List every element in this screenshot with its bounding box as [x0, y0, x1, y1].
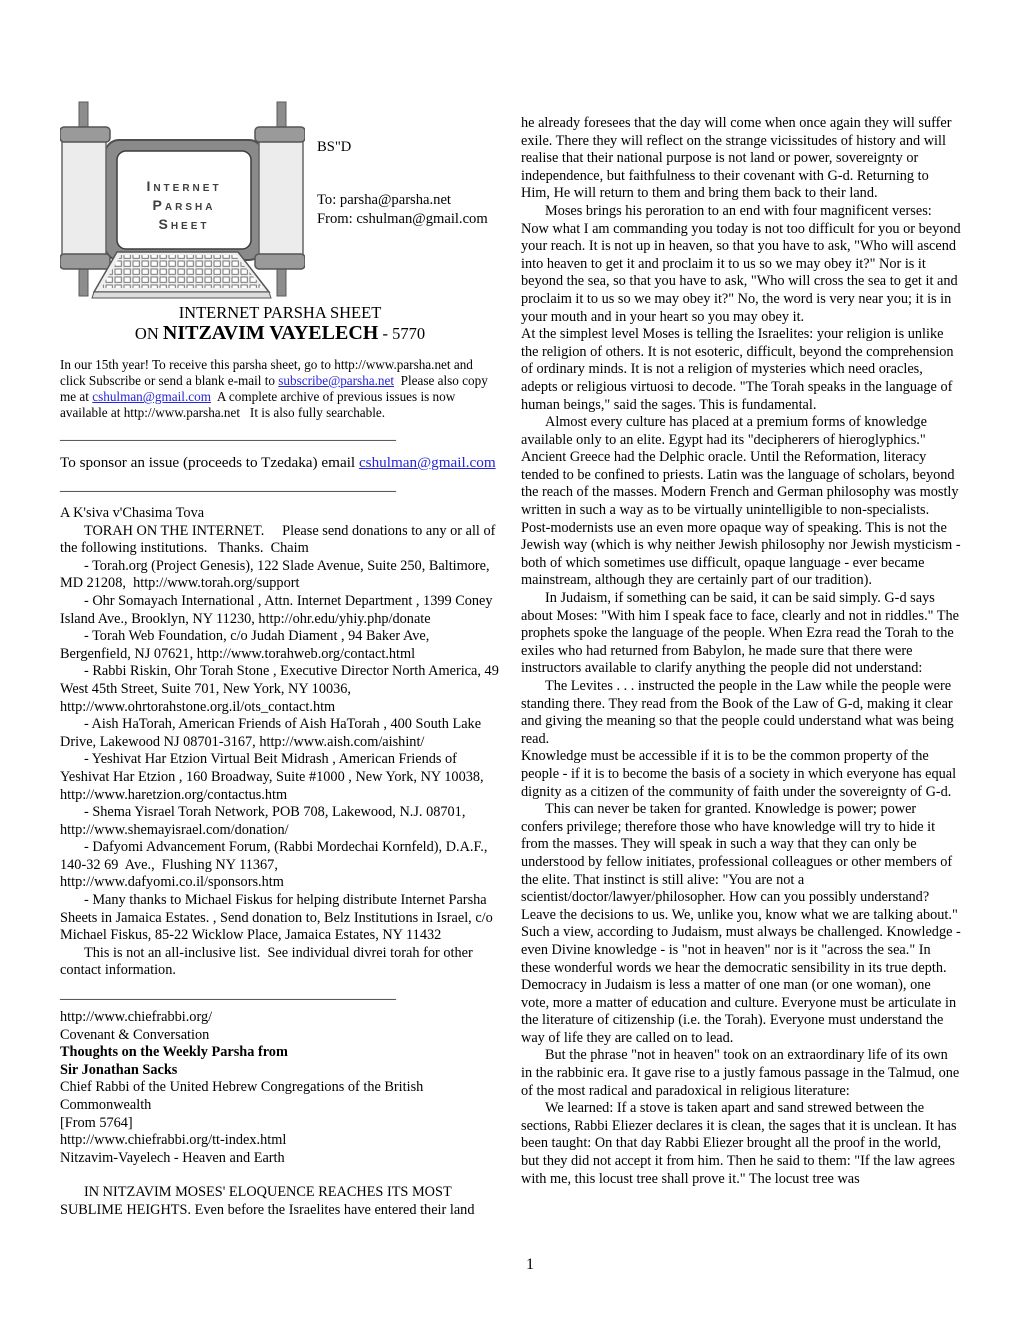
- article-heading-line1: Thoughts on the Weekly Parsha from: [60, 1044, 500, 1062]
- article-paragraph: Almost every culture has placed at a pre…: [521, 414, 961, 590]
- separator-line: ________________________________________…: [60, 987, 500, 1003]
- greeting-line: A K'siva v'Chasima Tova: [60, 505, 500, 523]
- article-subtitle: Nitzavim-Vayelech - Heaven and Earth: [60, 1150, 500, 1168]
- from-line: From: cshulman@gmail.com: [317, 210, 488, 230]
- sponsor-email-link[interactable]: cshulman@gmail.com: [359, 454, 496, 471]
- author-title: Chief Rabbi of the United Hebrew Congreg…: [60, 1079, 500, 1114]
- donation-item: - Many thanks to Michael Fiskus for help…: [60, 892, 500, 945]
- donations-list: - Torah.org (Project Genesis), 122 Slade…: [60, 558, 500, 945]
- right-column: he already foresees that the day will co…: [521, 100, 961, 1220]
- internet-parsha-sheet-logo: Internet Parsha Sheet: [60, 100, 305, 301]
- source-note: [From 5764]: [60, 1115, 500, 1133]
- bsd-label: BS"D: [317, 138, 488, 158]
- article-paragraph: he already foresees that the day will co…: [521, 115, 961, 203]
- title-line1: INTERNET PARSHA SHEET: [60, 303, 500, 322]
- two-column-layout: Internet Parsha Sheet: [60, 100, 962, 1220]
- article-paragraph: We learned: If a stove is taken apart an…: [521, 1100, 961, 1188]
- keyboard-graphic: [92, 252, 271, 298]
- logo-text-line2: Parsha: [153, 197, 216, 213]
- separator-line: ________________________________________…: [60, 479, 500, 495]
- donation-item: - Rabbi Riskin, Ohr Torah Stone , Execut…: [60, 663, 500, 716]
- subscribe-email-link[interactable]: subscribe@parsha.net: [278, 373, 394, 388]
- title-line2-prefix: ON: [135, 324, 163, 343]
- chiefrabbi-url: http://www.chiefrabbi.org/: [60, 1009, 500, 1027]
- torah-roller-left: [60, 102, 110, 296]
- logo-text-line1: Internet: [146, 178, 221, 194]
- article-author: Sir Jonathan Sacks: [60, 1062, 500, 1080]
- article-paragraph: In Judaism, if something can be said, it…: [521, 590, 961, 678]
- subscription-info-paragraph: In our 15th year! To receive this parsha…: [60, 357, 500, 421]
- article-paragraph: At the simplest level Moses is telling t…: [521, 326, 961, 414]
- article-paragraph: This can never be taken for granted. Kno…: [521, 801, 961, 1047]
- donations-note: This is not an all-inclusive list. See i…: [60, 945, 500, 980]
- donations-heading: TORAH ON THE INTERNET. Please send donat…: [60, 523, 500, 558]
- masthead-header: Internet Parsha Sheet: [60, 100, 500, 301]
- to-from-block: To: parsha@parsha.net From: cshulman@gma…: [317, 191, 488, 230]
- document-page: Internet Parsha Sheet: [0, 0, 1020, 1320]
- page-number: 1: [60, 1256, 1000, 1274]
- to-line: To: parsha@parsha.net: [317, 191, 488, 211]
- correspondence-block: BS"D To: parsha@parsha.net From: cshulma…: [317, 138, 488, 230]
- cshulman-email-link[interactable]: cshulman@gmail.com: [92, 389, 211, 404]
- computer-monitor-graphic: Internet Parsha Sheet: [105, 140, 263, 260]
- donation-item: - Torah.org (Project Genesis), 122 Slade…: [60, 558, 500, 593]
- donation-item: - Torah Web Foundation, c/o Judah Diamen…: [60, 628, 500, 663]
- title-line2-year: - 5770: [378, 324, 425, 343]
- article-paragraph: Moses brings his peroration to an end wi…: [521, 203, 961, 326]
- donation-item: - Dafyomi Advancement Forum, (Rabbi Mord…: [60, 839, 500, 892]
- separator-line: ________________________________________…: [60, 428, 500, 444]
- donation-item: - Ohr Somayach International , Attn. Int…: [60, 593, 500, 628]
- page-title: INTERNET PARSHA SHEET ON NITZAVIM VAYELE…: [60, 303, 500, 345]
- logo-text-line3: Sheet: [158, 216, 209, 232]
- donation-item: - Yeshivat Har Etzion Virtual Beit Midra…: [60, 751, 500, 804]
- article-paragraph: Knowledge must be accessible if it is to…: [521, 748, 961, 801]
- article-header: http://www.chiefrabbi.org/ Covenant & Co…: [60, 1009, 500, 1167]
- left-column: Internet Parsha Sheet: [60, 100, 500, 1220]
- article-lede: IN NITZAVIM MOSES' ELOQUENCE REACHES ITS…: [60, 1184, 500, 1219]
- article-paragraph: The Levites . . . instructed the people …: [521, 678, 961, 748]
- donation-item: - Aish HaTorah, American Friends of Aish…: [60, 716, 500, 751]
- series-title: Covenant & Conversation: [60, 1027, 500, 1045]
- donation-item: - Shema Yisrael Torah Network, POB 708, …: [60, 804, 500, 839]
- title-line2: ON NITZAVIM VAYELECH - 5770: [60, 322, 500, 345]
- sponsor-line: To sponsor an issue (proceeds to Tzedaka…: [60, 453, 500, 472]
- article-paragraph: But the phrase "not in heaven" took on a…: [521, 1047, 961, 1100]
- sponsor-text: To sponsor an issue (proceeds to Tzedaka…: [60, 454, 359, 471]
- torah-roller-right: [255, 102, 305, 296]
- tt-index-url: http://www.chiefrabbi.org/tt-index.html: [60, 1132, 500, 1150]
- parsha-name: NITZAVIM VAYELECH: [163, 322, 378, 344]
